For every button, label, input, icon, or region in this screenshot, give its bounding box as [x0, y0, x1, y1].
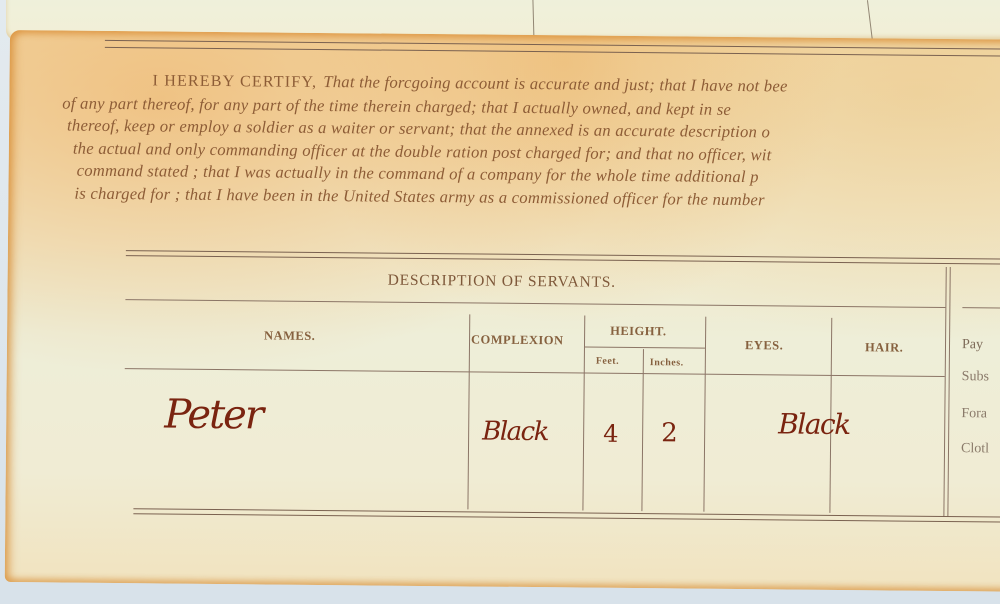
servant-eyes: Black	[778, 407, 850, 441]
table-top-double-rule	[126, 250, 1000, 265]
col-header-inches: Inches.	[650, 357, 684, 368]
col-divider	[947, 267, 950, 517]
col-header-feet: Feet.	[596, 356, 619, 367]
col-header-complexion: COMPLEXION	[471, 332, 564, 348]
col-header-height: HEIGHT.	[610, 324, 667, 340]
side-label-pay: Pay	[962, 337, 983, 353]
servant-height-feet: 4	[603, 420, 619, 448]
side-label-subsistence: Subs	[962, 369, 989, 385]
servant-height-inches: 2	[661, 418, 678, 448]
cert-lead: I HEREBY CERTIFY,	[152, 72, 317, 91]
col-header-hair: HAIR.	[865, 340, 903, 355]
servant-complexion: Black	[482, 417, 548, 448]
header-rule	[125, 368, 945, 377]
certification-paragraph: I HEREBY CERTIFY,That the forcgoing acco…	[96, 69, 1000, 214]
height-sub-rule	[585, 347, 705, 349]
table-bottom-double-rule	[133, 508, 1000, 523]
servant-name: Peter	[164, 392, 262, 439]
title-rule	[125, 299, 945, 308]
col-header-eyes: EYES.	[745, 338, 783, 353]
top-double-rule	[105, 40, 1000, 57]
col-divider	[582, 316, 585, 511]
side-label-clothing: Clotl	[961, 441, 989, 457]
col-divider	[467, 314, 470, 509]
col-divider	[943, 267, 946, 517]
side-label-forage: Fora	[961, 406, 987, 422]
col-divider	[703, 317, 706, 512]
col-divider	[641, 349, 644, 511]
document-sheet: I HEREBY CERTIFY,That the forcgoing acco…	[5, 30, 1000, 592]
side-rule	[962, 307, 1000, 309]
col-header-names: NAMES.	[264, 328, 315, 343]
servants-table-title: DESCRIPTION OF SERVANTS.	[388, 272, 616, 292]
